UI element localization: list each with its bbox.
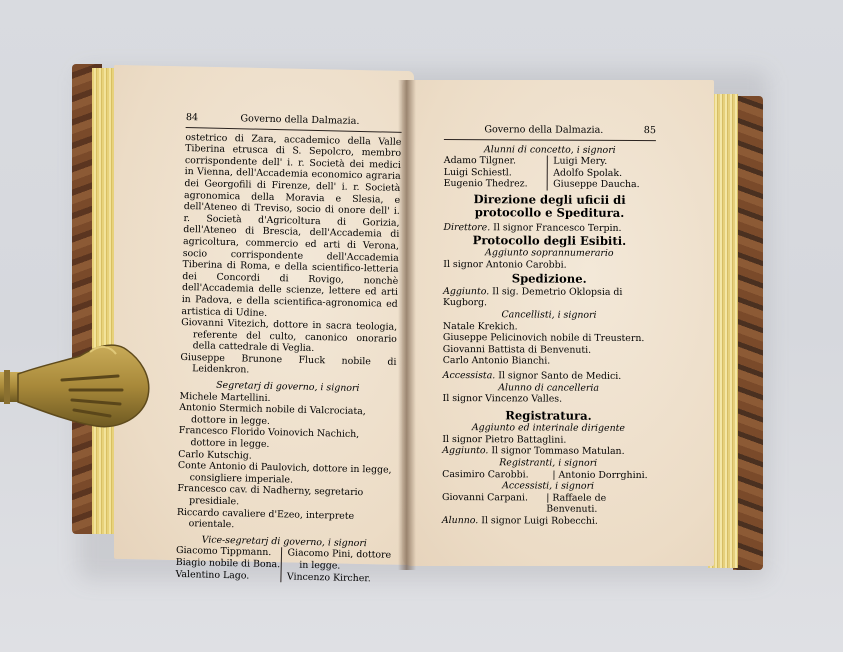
two-name-row: Casimiro Carobbi. Antonio Dorrghini. <box>442 469 654 482</box>
brass-hand-clip-icon <box>0 336 152 432</box>
paragraph: ostetrico di Zara, accademico della Vall… <box>181 132 401 322</box>
entry-value: Il signor Francesco Terpin. <box>493 222 621 234</box>
list-item: Il signor Antonio Carobbi. <box>443 259 655 272</box>
list-item: Casimiro Carobbi. <box>442 469 552 481</box>
page-number: 85 <box>644 125 656 137</box>
right-page-text: Governo della Dalmazia. 85 Alunni di con… <box>442 124 656 528</box>
list-item: Il signor Vincenzo Valles. <box>443 393 655 406</box>
list-item: Giuseppe Daucha. <box>553 179 656 191</box>
section-title: Spedizione. <box>443 272 655 287</box>
section-heading: Aggiunto ed interinale dirigente <box>442 422 654 435</box>
entry-label: Aggiunto. <box>442 445 488 456</box>
entry-label: Direttore. <box>443 222 490 233</box>
two-column-list: Adamo Tilgner. Luigi Schiestl. Eugenio T… <box>444 155 656 191</box>
two-column-list: Giacomo Tippmann. Biagio nobile di Bona.… <box>175 545 392 585</box>
section-title: Protocollo degli Esibiti. <box>443 234 655 249</box>
list-item: Luigi Mery. <box>553 156 656 168</box>
left-page-text: 84 Governo della Dalmazia. ostetrico di … <box>175 112 402 585</box>
section-title: Registratura. <box>442 409 654 424</box>
list-item: Valentino Lago. <box>175 568 280 582</box>
section-title: Direzione degli uficii di protocollo e S… <box>443 193 655 221</box>
entry-label: Alunno. <box>442 515 478 526</box>
entry-value: Il signor Tommaso Matulan. <box>491 446 624 458</box>
list-item: Eugenio Thedrez. <box>444 178 547 190</box>
paragraph: Giovanni Vitezich, dottore in sacra teol… <box>181 317 398 357</box>
entry: Accessista. Il signor Santo de Medici. <box>443 370 655 383</box>
entry-label: Accessista. <box>443 370 496 381</box>
entry-label: Aggiunto. <box>443 286 489 297</box>
page-number: 84 <box>186 112 198 124</box>
running-title: Governo della Dalmazia. <box>444 124 644 137</box>
list-item: Riccardo cavaliere d'Ezeo, interprete or… <box>177 506 393 534</box>
entry: Aggiunto. Il sig. Demetrio Oklopsia di K… <box>443 286 655 310</box>
list-item: Raffaele de Benvenuti. <box>546 492 654 516</box>
right-running-head: Governo della Dalmazia. 85 <box>444 124 656 141</box>
entry: Alunno. Il signor Luigi Robecchi. <box>442 515 654 528</box>
list-item: Giovanni Carpani. <box>442 492 546 516</box>
list-item: Adolfo Spolak. <box>553 167 656 179</box>
entry-value: Il signor Luigi Robecchi. <box>481 515 598 527</box>
book-photo: 84 Governo della Dalmazia. ostetrico di … <box>0 0 843 652</box>
list-item: Antonio Dorrghini. <box>552 469 647 481</box>
entry-value: Il signor Santo de Medici. <box>498 370 621 382</box>
two-name-row: Giovanni Carpani. Raffaele de Benvenuti. <box>442 492 654 516</box>
entry: Aggiunto. Il signor Tommaso Matulan. <box>442 445 654 458</box>
list-item: Adamo Tilgner. <box>444 155 547 167</box>
list-item: Giuseppe Pelicinovich nobile di Treuster… <box>443 332 655 345</box>
list-item: Luigi Schiestl. <box>444 167 547 179</box>
paragraph: Giuseppe Brunone Fluck nobile di Leidenk… <box>180 352 396 380</box>
list-item: Vincenzo Kircher. <box>287 571 392 585</box>
list-item: Carlo Antonio Bianchi. <box>443 355 655 368</box>
list-item: Giacomo Pini, dottore in legge. <box>287 548 392 574</box>
